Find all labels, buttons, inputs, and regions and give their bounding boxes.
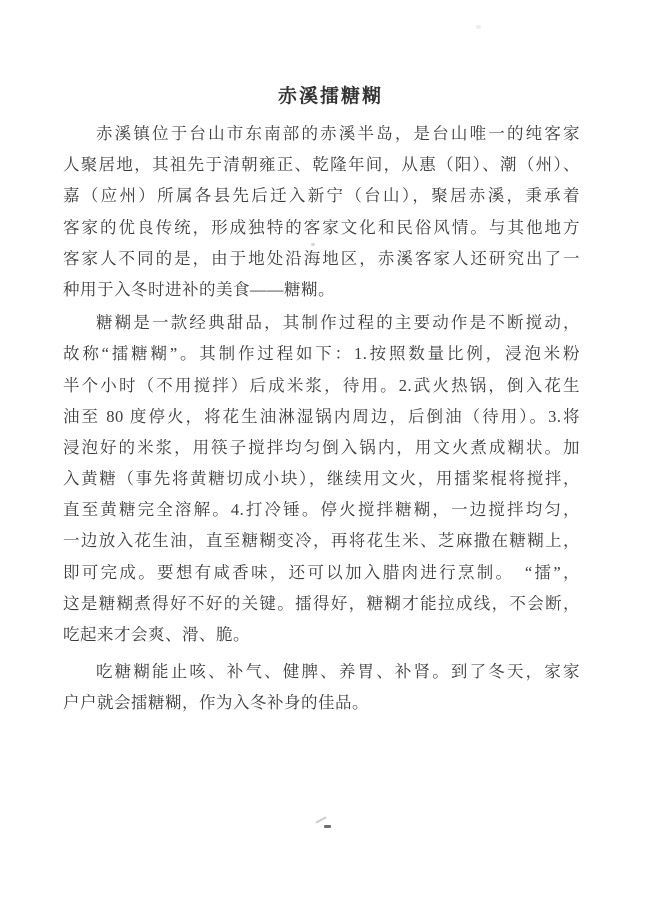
text-line: 人聚居地，其祖先于清朝雍正、乾隆年间，从惠（阳）、潮（州）、 xyxy=(63,149,580,180)
document-page: 赤溪擂糖糊 赤溪镇位于台山市东南部的赤溪半岛，是台山唯一的纯客家人聚居地，其祖先… xyxy=(0,0,647,905)
text-line: 吃糖糊能止咳、补气、健脾、养胃、补肾。到了冬天，家家 xyxy=(63,656,580,687)
text-line: 糖糊是一款经典甜品，其制作过程的主要动作是不断搅动， xyxy=(63,307,580,338)
text-line: 故称“擂糖糊”。其制作过程如下：1.按照数量比例，浸泡米粉 xyxy=(63,338,580,369)
text-line: 一边放入花生油，直至糖糊变冷，再将花生米、芝麻撒在糖糊上， xyxy=(63,525,580,556)
text-line: 嘉（应州）所属各县先后迁入新宁（台山），聚居赤溪，秉承着 xyxy=(63,180,580,211)
text-line: 户户就会擂糖糊，作为入冬补身的佳品。 xyxy=(63,687,580,718)
text-line: 直至黄糖完全溶解。4.打冷锤。停火搅拌糖糊，一边搅拌均匀， xyxy=(63,494,580,525)
paragraph: 吃糖糊能止咳、补气、健脾、养胃、补肾。到了冬天，家家户户就会擂糖糊，作为入冬补身… xyxy=(63,656,580,718)
text-line: 入黄糖（事先将黄糖切成小块），继续用文火，用擂桨棍将搅拌， xyxy=(63,463,580,494)
text-line: 半个小时（不用搅拌）后成米浆，待用。2.武火热锅，倒入花生 xyxy=(63,370,580,401)
text-line: 浸泡好的米浆，用筷子搅拌均匀倒入锅内，用文火煮成糊状。加 xyxy=(63,432,580,463)
text-line: 客家的优良传统，形成独特的客家文化和民俗风情。与其他地方 xyxy=(63,212,580,243)
document-title: 赤溪擂糖糊 xyxy=(7,85,647,109)
text-line: 吃起来才会爽、滑、脆。 xyxy=(63,619,580,650)
paragraph: 赤溪镇位于台山市东南部的赤溪半岛，是台山唯一的纯客家人聚居地，其祖先于清朝雍正、… xyxy=(63,118,580,305)
text-line: 这是糖糊煮得好不好的关键。擂得好，糖糊才能拉成线，不会断， xyxy=(63,588,580,619)
document-body: 赤溪镇位于台山市东南部的赤溪半岛，是台山唯一的纯客家人聚居地，其祖先于清朝雍正、… xyxy=(63,118,580,719)
text-line: 客家人不同的是，由于地处沿海地区，赤溪客家人还研究出了一 xyxy=(63,243,580,274)
scan-artifact xyxy=(311,243,315,246)
text-line: 油至 80 度停火，将花生油淋湿锅内周边，后倒油（待用）。3.将 xyxy=(63,401,580,432)
scan-artifact xyxy=(476,25,481,29)
text-line: 即可完成。要想有咸香味，还可以加入腊肉进行烹制。 “擂”， xyxy=(63,557,580,588)
text-line: 赤溪镇位于台山市东南部的赤溪半岛，是台山唯一的纯客家 xyxy=(63,118,580,149)
scan-artifact xyxy=(315,816,327,823)
scan-artifact xyxy=(324,825,331,828)
text-line: 种用于入冬时进补的美食——糖糊。 xyxy=(63,274,580,305)
paragraph: 糖糊是一款经典甜品，其制作过程的主要动作是不断搅动，故称“擂糖糊”。其制作过程如… xyxy=(63,307,580,650)
